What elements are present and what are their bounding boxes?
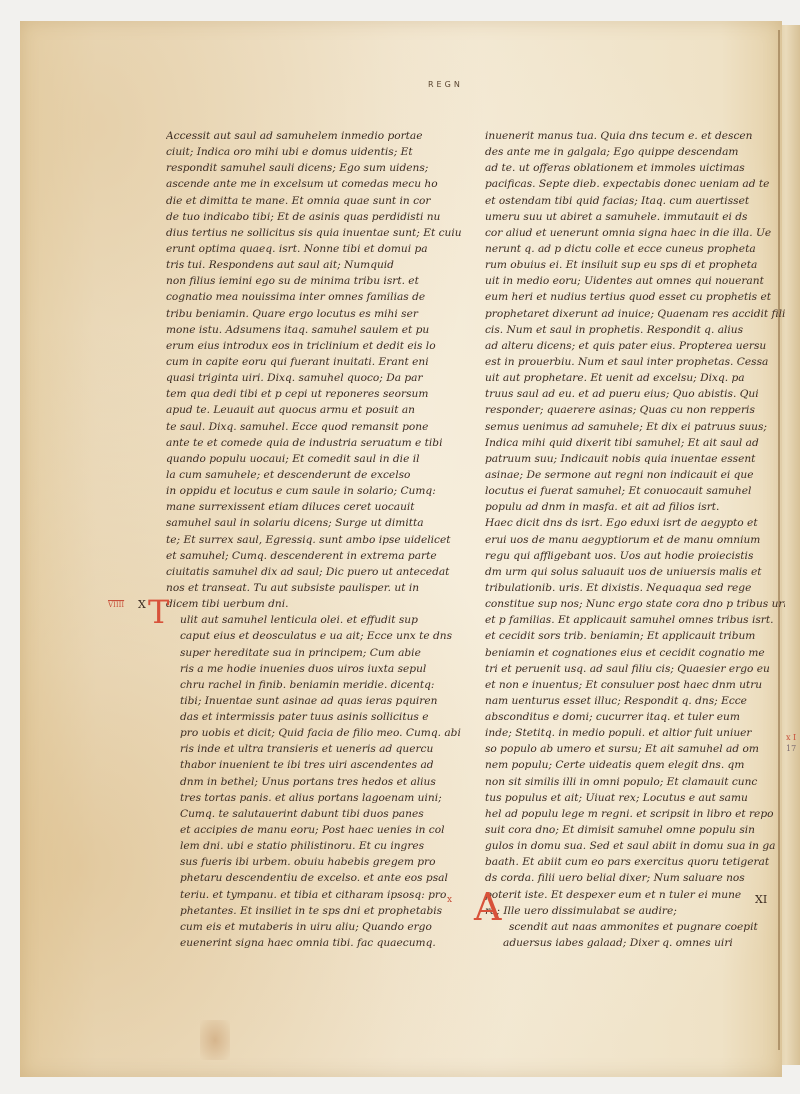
text-line: ris inde et ultra transieris et ueneris … <box>166 741 461 757</box>
text-line: responder; quaerere asinas; Quas cu non … <box>485 402 785 418</box>
text-line: dnm in bethel; Unus portans tres hedos e… <box>166 774 461 790</box>
text-line: dius tertius ne sollicitus sis quia inue… <box>166 225 461 241</box>
text-line: absconditus e domi; cucurrer itaq. et tu… <box>485 709 785 725</box>
text-line: dm urm qui solus saluauit uos de uniuers… <box>485 564 785 580</box>
text-line: samuhel saul in solariu dicens; Surge ut… <box>166 515 461 531</box>
text-line: das et intermissis pater tuus asinis sol… <box>166 709 461 725</box>
text-line: Cumq. te salutauerint dabunt tibi duos p… <box>166 806 461 822</box>
text-line: scendit aut naas ammonites et pugnare co… <box>485 919 785 935</box>
text-line: te; Et surrex saul, Egressiq. sunt ambo … <box>166 532 461 548</box>
text-line: non sit similis illi in omni populo; Et … <box>485 774 785 790</box>
text-line: et cecidit sors trib. beniamin; Et appli… <box>485 628 785 644</box>
text-line: locutus ei fuerat samuhel; Et conuocauit… <box>485 483 785 499</box>
text-line: erui uos de manu aegyptiorum et de manu … <box>485 532 785 548</box>
text-line: tres tortas panis. et alius portans lago… <box>166 790 461 806</box>
text-line: tri et peruenit usq. ad saul filiu cis; … <box>485 661 785 677</box>
text-line: tris tui. Respondens aut saul ait; Numqu… <box>166 257 461 273</box>
text-line: tribulationib. uris. Et dixistis. Nequaq… <box>485 580 785 596</box>
text-line: quando populu uocaui; Et comedit saul in… <box>166 451 461 467</box>
text-line: so populo ab umero et sursu; Et ait samu… <box>485 741 785 757</box>
text-line: cum in capite eoru qui fuerant inuitati.… <box>166 354 461 370</box>
margin-section-number-right: XI <box>755 893 767 906</box>
text-line: prophetaret dixerunt ad inuice; Quaenam … <box>485 306 785 322</box>
text-line: te saul. Dixq. samuhel. Ecce quod remans… <box>166 419 461 435</box>
text-line: ra; Ille uero dissimulabat se audire; <box>485 903 785 919</box>
text-line: constitue sup nos; Nunc ergo state cora … <box>485 596 785 612</box>
text-line: nerunt q. ad p dictu colle et ecce cuneu… <box>485 241 785 257</box>
text-line: tem qua dedi tibi et p cepi ut reponeres… <box>166 386 461 402</box>
rubric-initial-t: T <box>148 596 169 628</box>
text-line: phetantes. Et insiliet in te sps dni et … <box>166 903 461 919</box>
text-line: mone istu. Adsumens itaq. samuhel saulem… <box>166 322 461 338</box>
text-line: nem populu; Certe uideatis quem elegit d… <box>485 757 785 773</box>
gutter-mark-red: x I <box>786 733 796 742</box>
text-line: erum eius introdux eos in triclinium et … <box>166 338 461 354</box>
text-line: des ante me in galgala; Ego quippe desce… <box>485 144 785 160</box>
text-line: tus populus et ait; Uiuat rex; Locutus e… <box>485 790 785 806</box>
text-line: uit aut prophetare. Et uenit ad excelsu;… <box>485 370 785 386</box>
text-line: chru rachel in finib. beniamin meridie. … <box>166 677 461 693</box>
text-line: dicem tibi uerbum dni. <box>166 596 461 612</box>
margin-section-number: VIIII <box>108 601 124 609</box>
text-line: poterit iste. Et despexer eum et n tuler… <box>485 887 785 903</box>
parchment-stain <box>200 1020 230 1060</box>
text-line: apud te. Leuauit aut quocus armu et posu… <box>166 402 461 418</box>
text-line: ascende ante me in excelsum ut comedas m… <box>166 176 461 192</box>
text-line: Accessit aut saul ad samuhelem inmedio p… <box>166 128 461 144</box>
text-line: ris a me hodie inuenies duos uiros iuxta… <box>166 661 461 677</box>
text-line: ulit aut samuhel lenticula olei. et effu… <box>166 612 461 628</box>
text-line: ad alteru dicens; et quis pater eius. Pr… <box>485 338 785 354</box>
text-line: gulos in domu sua. Sed et saul abiit in … <box>485 838 785 854</box>
text-line: ciuit; Indica oro mihi ubi e domus uiden… <box>166 144 461 160</box>
text-line: sus fueris ibi urbem. obuiu habebis greg… <box>166 854 461 870</box>
text-line: die et dimitta te mane. Et omnia quae su… <box>166 193 461 209</box>
text-line: asinae; De sermone aut regni non indicau… <box>485 467 785 483</box>
text-line: est in prouerbiu. Num et saul inter prop… <box>485 354 785 370</box>
text-line: uit in medio eoru; Uidentes aut omnes qu… <box>485 273 785 289</box>
text-line: tibi; Inuentae sunt asinae ad quas ieras… <box>166 693 461 709</box>
right-column: inuenerit manus tua. Quia dns tecum e. e… <box>485 128 785 951</box>
text-line: cis. Num et saul in prophetis. Respondit… <box>485 322 785 338</box>
text-line: et p familias. Et applicauit samuhel omn… <box>485 612 785 628</box>
text-line: super hereditate sua in principem; Cum a… <box>166 645 461 661</box>
text-line: baath. Et abiit cum eo pars exercitus qu… <box>485 854 785 870</box>
text-line: ds corda. filii uero belial dixer; Num s… <box>485 870 785 886</box>
text-line: eum heri et nudius tertius quod esset cu… <box>485 289 785 305</box>
text-line: non filius iemini ego su de minima tribu… <box>166 273 461 289</box>
gutter-mark-number: 17 <box>786 744 796 753</box>
text-line: Indica mihi quid dixerit tibi samuhel; E… <box>485 435 785 451</box>
text-line: rum obuius ei. Et insiluit sup eu sps di… <box>485 257 785 273</box>
text-line: semus uenimus ad samuhele; Et dix ei pat… <box>485 419 785 435</box>
text-line: caput eius et deosculatus e ua ait; Ecce… <box>166 628 461 644</box>
margin-x-mark-red: x <box>447 895 452 905</box>
text-line: inuenerit manus tua. Quia dns tecum e. e… <box>485 128 785 144</box>
text-line: umeru suu ut abiret a samuhele. immutaui… <box>485 209 785 225</box>
text-line: euenerint signa haec omnia tibi. fac qua… <box>166 935 461 951</box>
text-line: hel ad populu lege m regni. et scripsit … <box>485 806 785 822</box>
text-line: pro uobis et dicit; Quid facia de filio … <box>166 725 461 741</box>
text-line: truus saul ad eu. et ad pueru eius; Quo … <box>485 386 785 402</box>
text-line: tribu beniamin. Quare ergo locutus es mi… <box>166 306 461 322</box>
rubric-initial-a: A <box>474 888 501 926</box>
text-line: patruum suu; Indicauit nobis quia inuent… <box>485 451 785 467</box>
running-header: REGN <box>428 80 463 89</box>
text-line: cum eis et mutaberis in uiru aliu; Quand… <box>166 919 461 935</box>
text-line: lem dni. ubi e statio philistinoru. Et c… <box>166 838 461 854</box>
text-line: regu qui affligebant uos. Uos aut hodie … <box>485 548 785 564</box>
text-line: teriu. et tympanu. et tibia et citharam … <box>166 887 461 903</box>
text-line: nos et transeat. Tu aut subsiste paulisp… <box>166 580 461 596</box>
text-line: mane surrexissent etiam diluces ceret uo… <box>166 499 461 515</box>
text-line: Haec dicit dns ds isrt. Ego eduxi isrt d… <box>485 515 785 531</box>
text-line: ante te et comede quia de industria seru… <box>166 435 461 451</box>
text-line: et samuhel; Cumq. descenderent in extrem… <box>166 548 461 564</box>
text-line: pacificas. Septe dieb. expectabis donec … <box>485 176 785 192</box>
left-column: Accessit aut saul ad samuhelem inmedio p… <box>166 128 461 951</box>
text-line: beniamin et cognationes eius et cecidit … <box>485 645 785 661</box>
text-line: inde; Stetitq. in medio populi. et altio… <box>485 725 785 741</box>
text-line: ciuitatis samuhel dix ad saul; Dic puero… <box>166 564 461 580</box>
text-line: de tuo indicabo tibi; Et de asinis quas … <box>166 209 461 225</box>
text-line: la cum samuhele; et descenderunt de exce… <box>166 467 461 483</box>
text-line: ad te. ut offeras oblationem et immoles … <box>485 160 785 176</box>
text-line: respondit samuhel sauli dicens; Ego sum … <box>166 160 461 176</box>
text-line: et non e inuentus; Et consuluer post hae… <box>485 677 785 693</box>
text-line: in oppidu et locutus e cum saule in sola… <box>166 483 461 499</box>
text-line: quasi triginta uiri. Dixq. samuhel quoco… <box>166 370 461 386</box>
text-line: phetaru descendentiu de excelso. et ante… <box>166 870 461 886</box>
text-line: cognatio mea nouissima inter omnes famil… <box>166 289 461 305</box>
text-line: suit cora dno; Et dimisit samuhel omne p… <box>485 822 785 838</box>
text-line: nam uenturus esset illuc; Respondit q. d… <box>485 693 785 709</box>
margin-x-mark: X <box>138 598 146 611</box>
text-line: thabor inuenient te ibi tres uiri ascend… <box>166 757 461 773</box>
text-line: aduersus iabes galaad; Dixer q. omnes ui… <box>485 935 785 951</box>
text-line: populu ad dnm in masfa. et ait ad filios… <box>485 499 785 515</box>
text-line: cor aliud et uenerunt omnia signa haec i… <box>485 225 785 241</box>
text-line: et accipies de manu eoru; Post haec ueni… <box>166 822 461 838</box>
text-line: erunt optima quaeq. isrt. Nonne tibi et … <box>166 241 461 257</box>
text-line: et ostendam tibi quid facias; Itaq. cum … <box>485 193 785 209</box>
